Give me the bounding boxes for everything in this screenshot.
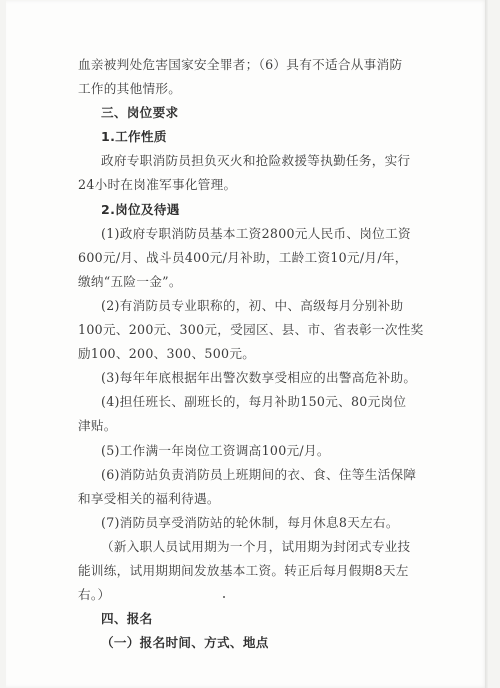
document-page: 血亲被判处危害国家安全罪者；（6）具有不适合从事消防 工作的其他情形。 三、岗位… <box>6 0 488 688</box>
subsection-heading: 1.工作性质 <box>78 125 418 149</box>
text-line: 能训练，试用期期间发放基本工资。转正后每月假期8天左 <box>78 559 418 583</box>
text-line: (5)工作满一年岗位工资调高100元/月。 <box>78 439 418 463</box>
text-line: 工作的其他情形。 <box>78 77 418 101</box>
section-heading: 三、岗位要求 <box>78 101 418 125</box>
text-line: 和享受相关的福利待遇。 <box>78 487 418 511</box>
text-line: (7)消防员享受消防站的轮休制，每月休息8天左右。 <box>78 511 418 535</box>
document-body: 血亲被判处危害国家安全罪者；（6）具有不适合从事消防 工作的其他情形。 三、岗位… <box>78 53 418 655</box>
text-line: 血亲被判处危害国家安全罪者；（6）具有不适合从事消防 <box>78 53 418 77</box>
subsection-heading: （一）报名时间、方式、地点 <box>78 631 418 655</box>
text-line: (3)每年年底根据年出警次数享受相应的出警高危补助。 <box>78 366 418 390</box>
text-line: 100元、200元、300元，受园区、县、市、省表彰一次性奖 <box>78 318 418 342</box>
scan-speck <box>223 596 225 598</box>
text-line: 600元/月、战斗员400元/月补助，工龄工资10元/月/年， <box>78 246 418 270</box>
text-line: 政府专职消防员担负灭火和抢险救援等执勤任务，实行 <box>78 149 418 173</box>
page-number: 2 <box>246 636 250 643</box>
text-line: 励100、200、300、500元。 <box>78 342 418 366</box>
text-line: (1)政府专职消防员基本工资2800元人民币、岗位工资 <box>78 222 418 246</box>
text-line: 24小时在岗准军事化管理。 <box>78 173 418 197</box>
text-line: (4)担任班长、副班长的，每月补助150元、80元岗位 <box>78 390 418 414</box>
text-line: 津贴。 <box>78 414 418 438</box>
subsection-heading: 2.岗位及待遇 <box>78 198 418 222</box>
text-line: (6)消防站负责消防员上班期间的衣、食、住等生活保障 <box>78 463 418 487</box>
text-line: 右。） <box>78 583 418 607</box>
text-line: 缴纳“五险一金”。 <box>78 270 418 294</box>
text-line: (2)有消防员专业职称的，初、中、高级每月分别补助 <box>78 294 418 318</box>
page-edge-shadow <box>485 0 488 688</box>
section-heading: 四、报名 <box>78 607 418 631</box>
text-line: （新入职人员试用期为一个月，试用期为封闭式专业技 <box>78 535 418 559</box>
